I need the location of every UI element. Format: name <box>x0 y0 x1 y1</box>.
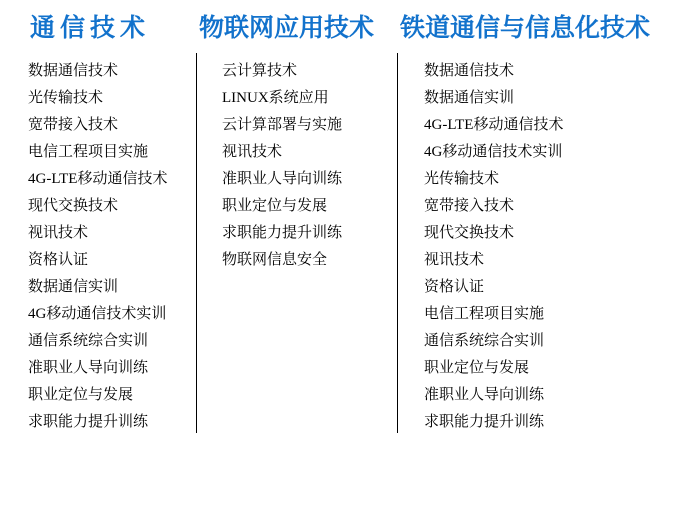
course-item: 4G-LTE移动通信技术 <box>28 166 167 193</box>
course-item: 4G移动通信技术实训 <box>424 139 563 166</box>
column-divider <box>397 53 398 433</box>
course-item: 数据通信技术 <box>424 58 563 85</box>
course-item: 职业定位与发展 <box>222 193 342 220</box>
curriculum-page: 通信技术 物联网应用技术 铁道通信与信息化技术 数据通信技术光传输技术宽带接入技… <box>0 0 691 513</box>
course-item: 电信工程项目实施 <box>28 139 167 166</box>
course-list-communication-tech: 数据通信技术光传输技术宽带接入技术电信工程项目实施4G-LTE移动通信技术现代交… <box>28 58 167 436</box>
column-title-communication-tech: 通信技术 <box>30 8 150 44</box>
course-item: 职业定位与发展 <box>424 355 563 382</box>
course-item: 数据通信实训 <box>28 274 167 301</box>
course-item: 视讯技术 <box>222 139 342 166</box>
course-item: 云计算部署与实施 <box>222 112 342 139</box>
course-item: 准职业人导向训练 <box>424 382 563 409</box>
course-item: 4G-LTE移动通信技术 <box>424 112 563 139</box>
course-item: 通信系统综合实训 <box>424 328 563 355</box>
course-item: 宽带接入技术 <box>424 193 563 220</box>
column-title-railway-communication-tech: 铁道通信与信息化技术 <box>400 8 650 44</box>
course-item: 视讯技术 <box>28 220 167 247</box>
course-item: 视讯技术 <box>424 247 563 274</box>
course-item: 求职能力提升训练 <box>222 220 342 247</box>
course-item: 求职能力提升训练 <box>28 409 167 436</box>
course-item: 宽带接入技术 <box>28 112 167 139</box>
course-item: 云计算技术 <box>222 58 342 85</box>
course-item: 4G移动通信技术实训 <box>28 301 167 328</box>
course-item: 求职能力提升训练 <box>424 409 563 436</box>
course-item: 资格认证 <box>424 274 563 301</box>
course-item: 现代交换技术 <box>424 220 563 247</box>
course-item: 数据通信技术 <box>28 58 167 85</box>
course-item: 光传输技术 <box>28 85 167 112</box>
course-item: 电信工程项目实施 <box>424 301 563 328</box>
course-item: 准职业人导向训练 <box>222 166 342 193</box>
course-item: 物联网信息安全 <box>222 247 342 274</box>
course-item: 数据通信实训 <box>424 85 563 112</box>
course-item: 准职业人导向训练 <box>28 355 167 382</box>
column-title-iot-application-tech: 物联网应用技术 <box>199 8 374 44</box>
course-item: 通信系统综合实训 <box>28 328 167 355</box>
course-item: LINUX系统应用 <box>222 85 342 112</box>
course-item: 资格认证 <box>28 247 167 274</box>
course-list-iot-application-tech: 云计算技术LINUX系统应用云计算部署与实施视讯技术准职业人导向训练职业定位与发… <box>222 58 342 274</box>
course-item: 光传输技术 <box>424 166 563 193</box>
course-item: 现代交换技术 <box>28 193 167 220</box>
course-list-railway-communication-tech: 数据通信技术数据通信实训4G-LTE移动通信技术4G移动通信技术实训光传输技术宽… <box>424 58 563 436</box>
column-divider <box>196 53 197 433</box>
course-item: 职业定位与发展 <box>28 382 167 409</box>
